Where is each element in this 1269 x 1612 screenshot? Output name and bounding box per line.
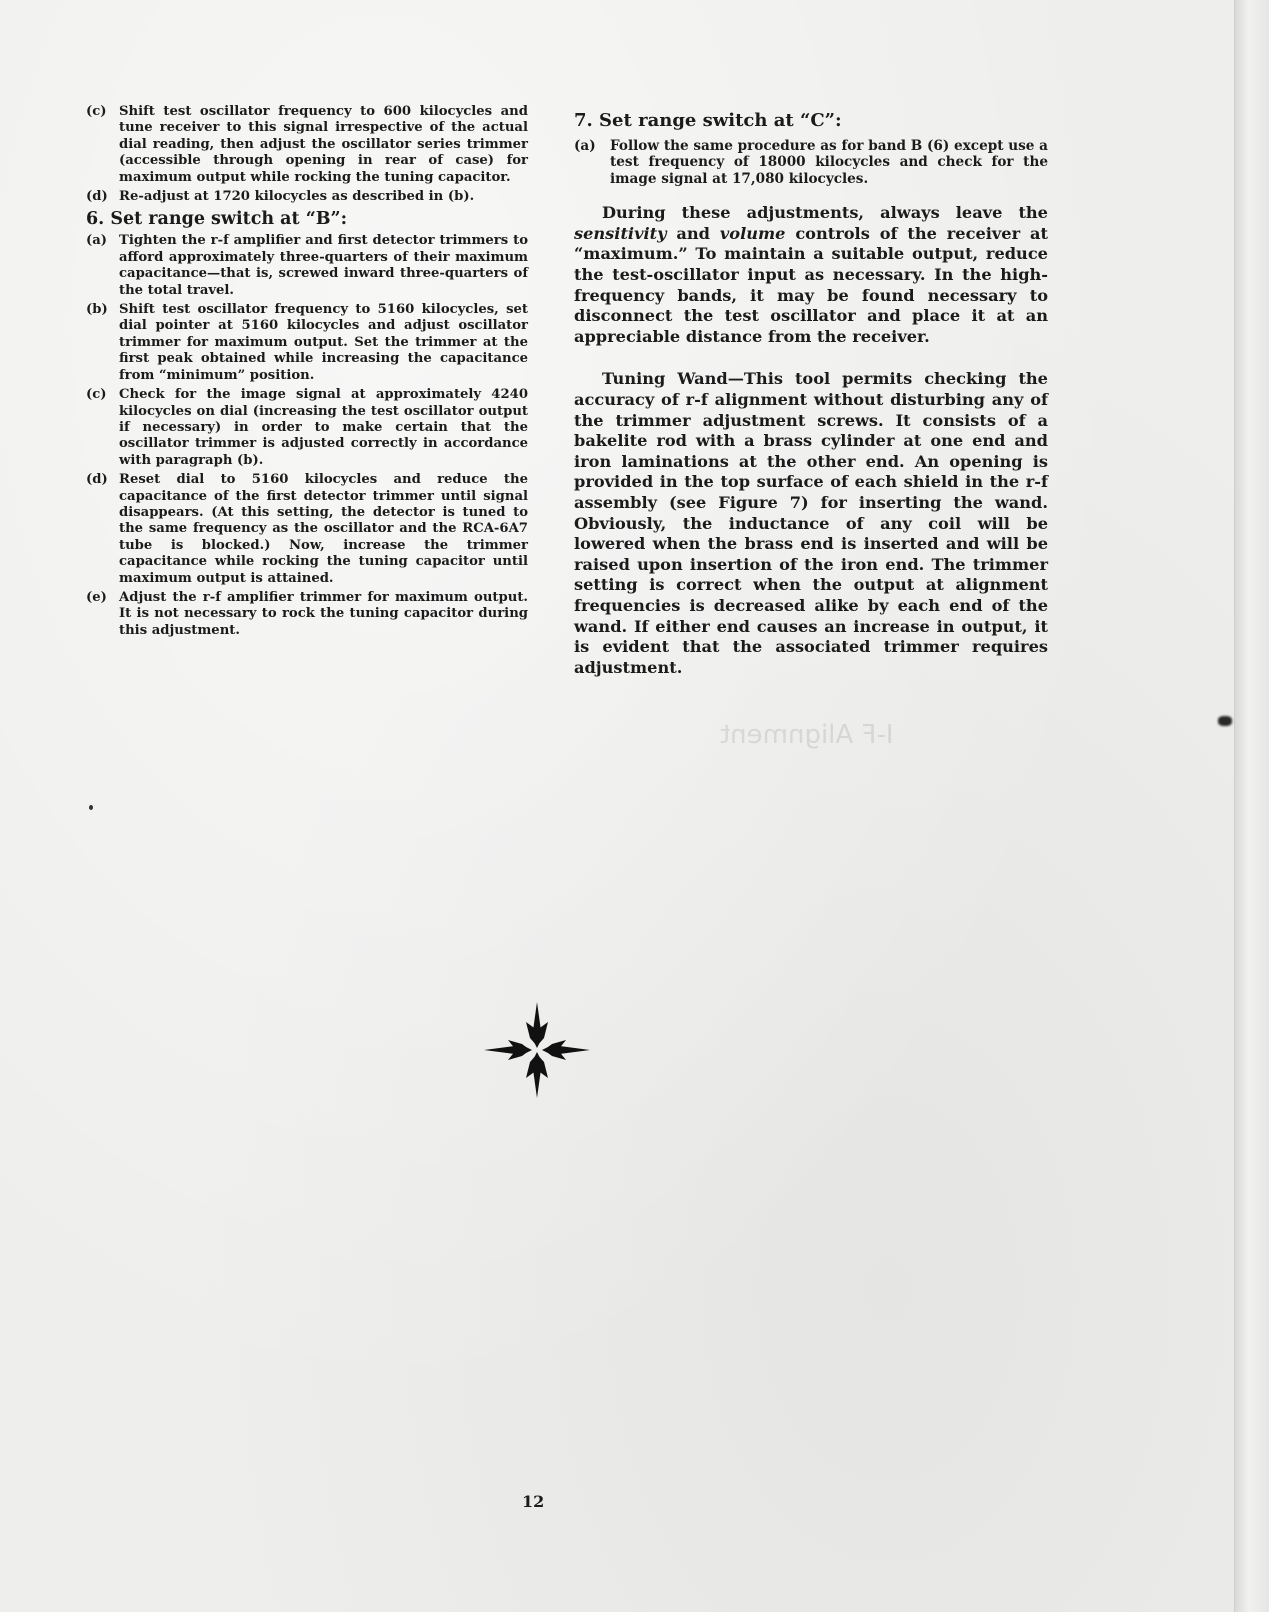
item-text: Shift test oscillator frequency to 5160 … [119, 302, 528, 384]
item-text: Check for the image signal at approximat… [119, 387, 528, 469]
ink-blot [1218, 716, 1232, 726]
item-label: (a) [574, 138, 610, 187]
list-item: (c) Check for the image signal at approx… [86, 387, 528, 469]
page-edge-shadow [1234, 0, 1269, 1612]
emphasis-volume: volume [720, 224, 786, 243]
item-label: (a) [86, 233, 119, 299]
item-text: Follow the same procedure as for band B … [610, 138, 1048, 187]
item-label: (c) [86, 387, 119, 469]
list-item: (d) Re-adjust at 1720 kilocycles as desc… [86, 189, 528, 205]
item-text: Shift test oscillator frequency to 600 k… [119, 104, 528, 186]
item-text: Adjust the r-f amplifier trimmer for max… [119, 590, 528, 639]
item-label: (e) [86, 590, 119, 639]
item-label: (c) [86, 104, 119, 186]
list-item: (b) Shift test oscillator frequency to 5… [86, 302, 528, 384]
tuning-wand-title: Tuning Wand [602, 369, 728, 388]
left-column: (c) Shift test oscillator frequency to 6… [86, 104, 528, 642]
item-label: (d) [86, 472, 119, 587]
emphasis-sensitivity: sensitivity [574, 224, 667, 243]
list-item: (d) Reset dial to 5160 kilocycles and re… [86, 472, 528, 587]
list-item: (a) Follow the same procedure as for ban… [574, 138, 1048, 187]
show-through-heading: I-F Alignment [720, 720, 893, 750]
ink-speck [89, 805, 93, 810]
four-point-star-ornament-icon [482, 1000, 592, 1100]
item-label: (d) [86, 189, 119, 205]
item-text: Reset dial to 5160 kilocycles and reduce… [119, 472, 528, 587]
list-item: (e) Adjust the r-f amplifier trimmer for… [86, 590, 528, 639]
page-number: 12 [522, 1492, 544, 1511]
tuning-wand-paragraph: Tuning Wand—This tool permits checking t… [574, 369, 1048, 678]
paragraph-text: During these adjustments, always leave t… [602, 203, 1048, 222]
item-label: (b) [86, 302, 119, 384]
adjustments-paragraph: During these adjustments, always leave t… [574, 203, 1048, 347]
paragraph-text: —This tool permits checking the accuracy… [574, 369, 1048, 676]
list-item: (c) Shift test oscillator frequency to 6… [86, 104, 528, 186]
item-text: Re-adjust at 1720 kilocycles as describe… [119, 189, 528, 205]
list-item: (a) Tighten the r-f amplifier and first … [86, 233, 528, 299]
item-text: Tighten the r-f amplifier and first dete… [119, 233, 528, 299]
step-6-heading: 6. Set range switch at “B”: [86, 208, 528, 230]
paragraph-text: and [667, 224, 720, 243]
step-7-heading: 7. Set range switch at “C”: [574, 110, 1048, 132]
right-column: 7. Set range switch at “C”: (a) Follow t… [574, 108, 1048, 678]
